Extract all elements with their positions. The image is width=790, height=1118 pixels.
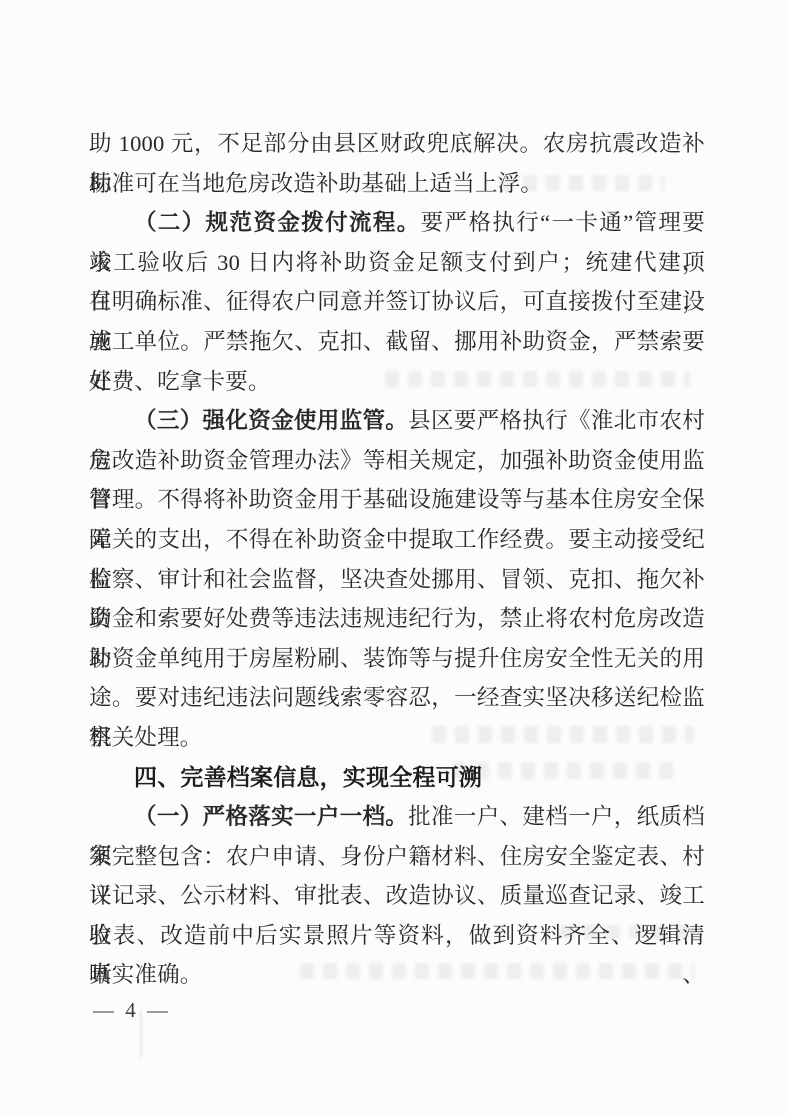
text-line: 资金和索要好处费等违法违规违纪行为，禁止将农村危房改造补 bbox=[89, 599, 705, 639]
page-number: — 4 — bbox=[93, 998, 171, 1023]
text-line: 房改造补助资金管理办法》等相关规定，加强补助资金使用监督 bbox=[89, 441, 705, 481]
paragraph-lead: （一）严格落实一户一档。 bbox=[134, 804, 408, 829]
text-line: 监察、审计和社会监督，坚决查处挪用、冒领、克扣、拖欠补助 bbox=[89, 560, 705, 600]
text-line: 议记录、公示材料、审批表、改造协议、质量巡查记录、竣工验 bbox=[89, 876, 705, 916]
text-line: 竣工验收后 30 日内将补助资金足额支付到户；统建代建项目， bbox=[89, 243, 705, 283]
paragraph-lead: （三）强化资金使用监管。 bbox=[134, 408, 408, 433]
text-line: 管理。不得将补助资金用于基础设施建设等与基本住房安全保障 bbox=[89, 480, 705, 520]
text-line: 标准可在当地危房改造补助基础上适当上浮。 bbox=[89, 164, 705, 204]
section-heading: 四、完善档案信息，实现全程可溯 bbox=[89, 758, 705, 798]
text-line: 在明确标准、征得农户同意并签订协议后，可直接拨付至建设或 bbox=[89, 282, 705, 322]
text-line: 助 1000 元，不足部分由县区财政兜底解决。农房抗震改造补助 bbox=[89, 124, 705, 164]
paragraph-lead: （二）规范资金拨付流程。 bbox=[134, 210, 421, 235]
document-page: 助 1000 元，不足部分由县区财政兜底解决。农房抗震改造补助标准可在当地危房改… bbox=[0, 0, 790, 1118]
text-line: 处费、吃拿卡要。 bbox=[89, 362, 705, 402]
text-line: （一）严格落实一户一档。批准一户、建档一户，纸质档案 bbox=[89, 797, 705, 837]
text-line: （三）强化资金使用监管。县区要严格执行《淮北市农村危 bbox=[89, 401, 705, 441]
text-line: 须完整包含：农户申请、身份户籍材料、住房安全鉴定表、村评 bbox=[89, 837, 705, 877]
text-line: 收表、改造前中后实景照片等资料，做到资料齐全、逻辑清晰、 bbox=[89, 916, 705, 956]
text-line: 施工单位。严禁拖欠、克扣、截留、挪用补助资金，严禁索要好 bbox=[89, 322, 705, 362]
text-block: 助 1000 元，不足部分由县区财政兜底解决。农房抗震改造补助标准可在当地危房改… bbox=[89, 124, 705, 995]
text-line: （二）规范资金拨付流程。要严格执行“一卡通”管理要求， bbox=[89, 203, 705, 243]
text-line: 机关处理。 bbox=[89, 718, 705, 758]
text-line: 助资金单纯用于房屋粉刷、装饰等与提升住房安全性无关的用 bbox=[89, 639, 705, 679]
text-line: 无关的支出，不得在补助资金中提取工作经费。要主动接受纪检 bbox=[89, 520, 705, 560]
text-line: 途。要对违纪违法问题线索零容忍，一经查实坚决移送纪检监察 bbox=[89, 678, 705, 718]
